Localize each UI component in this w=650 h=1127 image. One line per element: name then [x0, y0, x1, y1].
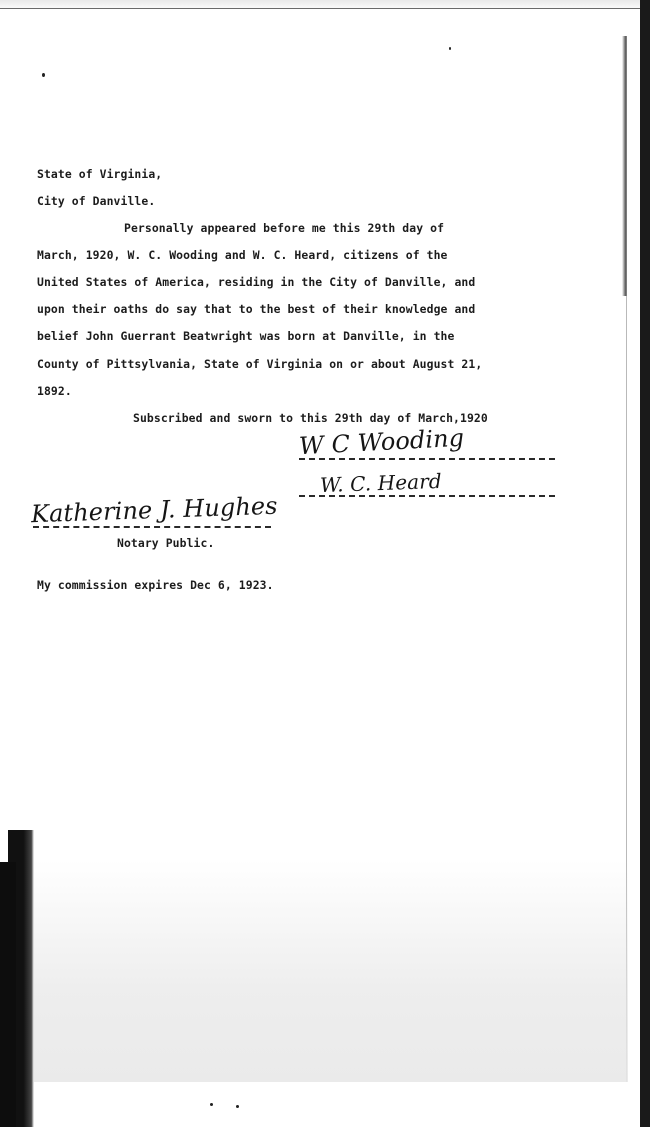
signature-line-1 [299, 458, 555, 460]
ink-speck [210, 1103, 213, 1106]
jurat-line: Subscribed and sworn to this 29th day of… [133, 411, 488, 425]
body-line-1: Personally appeared before me this 29th … [124, 221, 444, 235]
scan-right-border [640, 0, 650, 1127]
body-line-4: upon their oaths do say that to the best… [37, 302, 475, 316]
body-line-3: United States of America, residing in th… [37, 275, 475, 289]
commission-expiry: My commission expires Dec 6, 1923. [37, 578, 274, 592]
scan-left-border-edge [0, 862, 16, 1127]
ink-speck [236, 1105, 239, 1108]
notary-title: Notary Public. [117, 536, 214, 550]
ink-speck [42, 73, 45, 77]
page-bottom-shading [34, 860, 628, 1082]
body-line-2: March, 1920, W. C. Wooding and W. C. Hea… [37, 248, 448, 262]
heading-city: City of Danville. [37, 194, 155, 208]
affiant-signature-heard: W. C. Heard [320, 469, 443, 497]
page-top-edge [0, 0, 650, 9]
notary-signature: Katherine J. Hughes [31, 492, 278, 529]
notary-signature-line [33, 526, 271, 528]
signature-line-2 [299, 495, 555, 497]
ink-speck [449, 47, 451, 50]
affiant-signature-wooding: W C Wooding [298, 424, 464, 461]
body-line-5: belief John Guerrant Beatwright was born… [37, 329, 454, 343]
body-line-7: 1892. [37, 384, 72, 398]
body-line-6: County of Pittsylvania, State of Virgini… [37, 357, 482, 371]
page-fold-shadow [622, 36, 627, 296]
heading-state: State of Virginia, [37, 167, 162, 181]
